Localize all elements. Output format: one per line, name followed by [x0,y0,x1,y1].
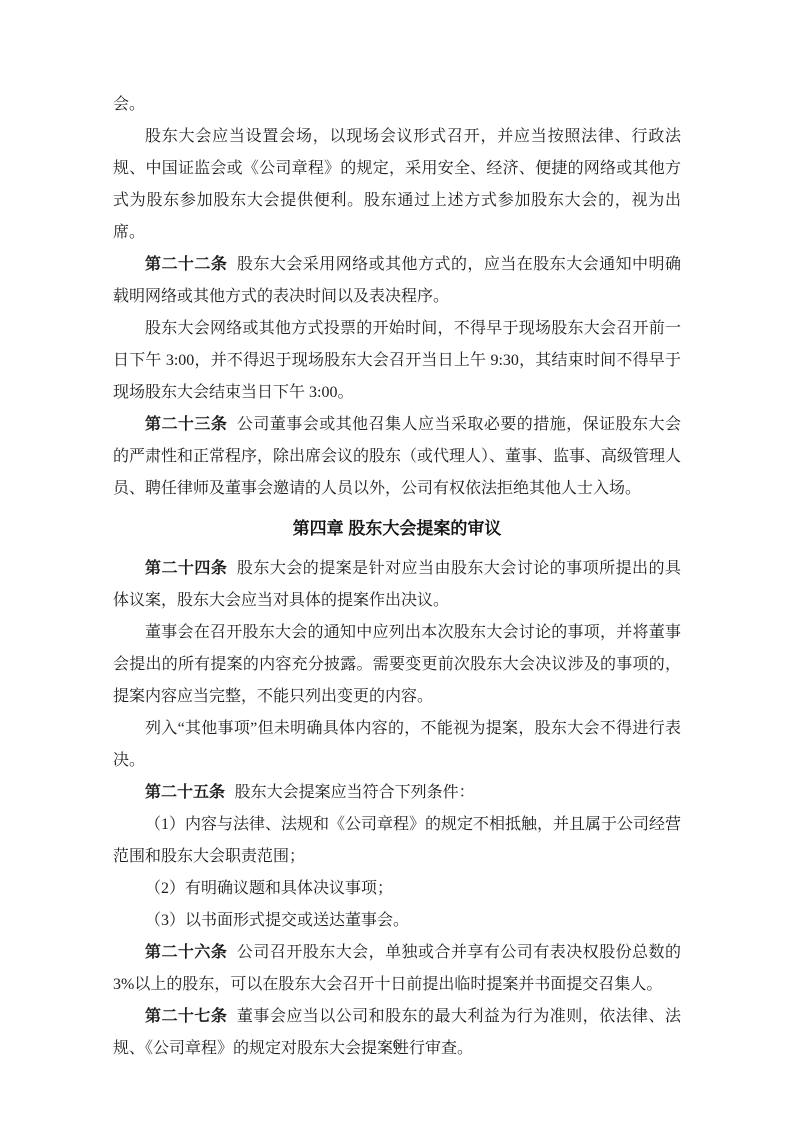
list-item-3: （3）以书面形式提交或送达董事会。 [113,905,681,937]
paragraph: 董事会在召开股东大会的通知中应列出本次股东大会讨论的事项，并将董事会提出的所有提… [113,617,681,713]
paragraph: 股东大会应当设置会场，以现场会议形式召开，并应当按照法律、行政法规、中国证监会或… [113,121,681,249]
paragraph: 列入“其他事项”但未明确具体内容的，不能视为提案，股东大会不得进行表决。 [113,713,681,777]
paragraph-article-25: 第二十五条股东大会提案应当符合下列条件： [113,777,681,809]
paragraph-article-22: 第二十二条股东大会采用网络或其他方式的，应当在股东大会通知中明确载明网络或其他方… [113,249,681,313]
article-number: 第二十二条 [145,256,227,273]
document-page: 会。 股东大会应当设置会场，以现场会议形式召开，并应当按照法律、行政法规、中国证… [0,0,793,1122]
paragraph-continuation: 会。 [113,89,681,121]
article-number: 第二十五条 [145,784,225,801]
page-number: 6 [0,1035,793,1055]
chapter-heading: 第四章 股东大会提案的审议 [113,513,681,545]
paragraph-article-24: 第二十四条股东大会的提案是针对应当由股东大会讨论的事项所提出的具体议案，股东大会… [113,553,681,617]
list-item-2: （2）有明确议题和具体决议事项； [113,873,681,905]
article-number: 第二十四条 [145,560,227,577]
paragraph: 股东大会网络或其他方式投票的开始时间，不得早于现场股东大会召开前一日下午 3:0… [113,313,681,409]
article-number: 第二十三条 [145,416,227,433]
paragraph-article-23: 第二十三条公司董事会或其他召集人应当采取必要的措施，保证股东大会的严肃性和正常程… [113,409,681,505]
paragraph-article-27: 第二十七条董事会应当以公司和股东的最大利益为行为准则，依法律、法规、《公司章程》… [113,1001,681,1065]
article-number: 第二十六条 [145,944,227,961]
list-item-1: （1）内容与法律、法规和《公司章程》的规定不相抵触，并且属于公司经营范围和股东大… [113,809,681,873]
article-number: 第二十七条 [145,1008,227,1025]
article-text: 股东大会提案应当符合下列条件： [235,784,475,801]
paragraph-article-26: 第二十六条公司召开股东大会，单独或合并享有公司有表决权股份总数的3%以上的股东，… [113,937,681,1001]
